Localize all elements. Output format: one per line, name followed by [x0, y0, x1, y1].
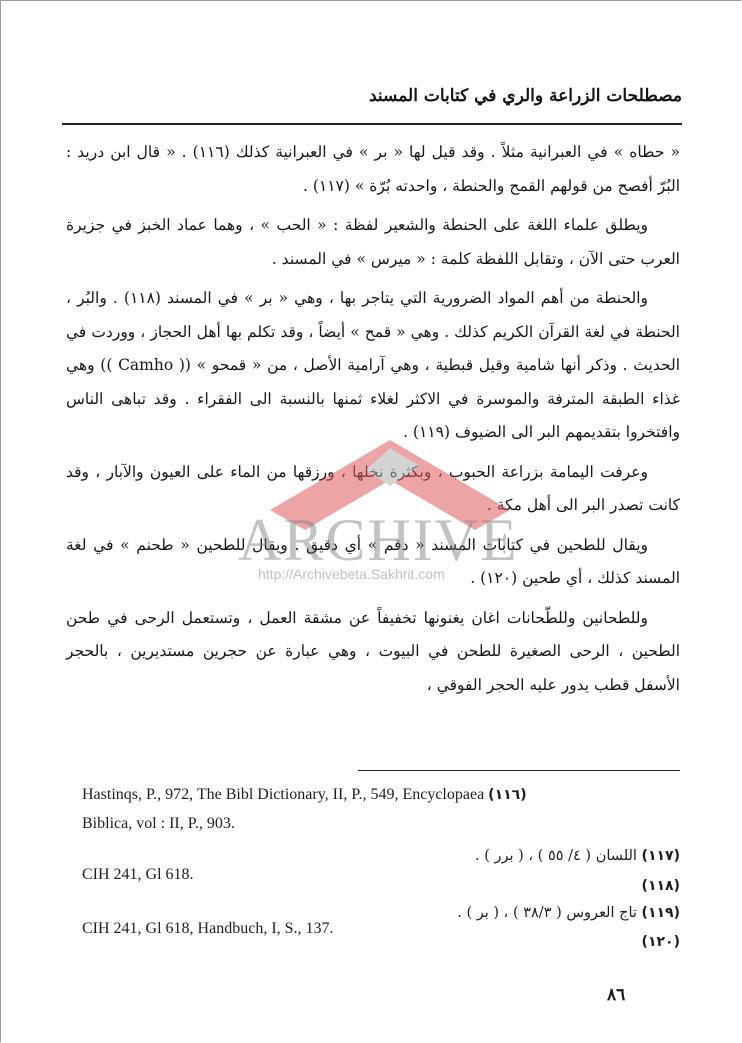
- paragraph: وعرفت اليمامة بزراعة الحبوب ، وبكثرة نخل…: [66, 456, 680, 523]
- running-head: مصطلحات الزراعة والري في كتابات المسند: [369, 86, 682, 106]
- footnote-rule: [358, 770, 680, 771]
- footnote-118-number: (١١٨): [642, 878, 680, 894]
- footnote-119: (١١٩) تاج العروس ( ٣٨/٣ ) ، ( بر ) .: [457, 905, 680, 921]
- page-number: ٨٦: [607, 985, 625, 1005]
- paragraph: « حطاه » في العبرانية مثلاً . وقد قيل له…: [66, 136, 680, 203]
- footnote-116-line1: Hastinqs, P., 972, The Bibl Dictionary, …: [82, 786, 527, 804]
- footnote-number: (١١٧): [642, 848, 680, 864]
- footnote-text: اللسان ( ٤/ ٥٥ ) ، ( برر ) .: [475, 848, 637, 864]
- header-rule: [62, 123, 682, 125]
- paragraph: وللطحانين وللطّحانات اغان يغنونها تخفيفا…: [66, 602, 680, 703]
- paragraph: ويقال للطحين في كتابات المسند « دقم » أي…: [66, 529, 680, 596]
- footnote-118-text: CIH 241, Gl 618.: [82, 866, 194, 884]
- footnote-text: تاج العروس ( ٣٨/٣ ) ، ( بر ) .: [457, 905, 637, 921]
- footnote-116-line2: Biblica, vol : II, P., 903.: [82, 815, 235, 833]
- paragraph: والحنطة من أهم المواد الضرورية التي يتاج…: [66, 282, 680, 450]
- footnote-117: (١١٧) اللسان ( ٤/ ٥٥ ) ، ( برر ) .: [475, 848, 680, 864]
- footnote-number: (١١٦): [488, 787, 526, 803]
- paragraph: ويطلق علماء اللغة على الحنطة والشعير لفظ…: [66, 209, 680, 276]
- body-text: « حطاه » في العبرانية مثلاً . وقد قيل له…: [66, 136, 680, 708]
- footnote-number: (١١٩): [642, 905, 680, 921]
- footnote-120-number: (١٢٠): [642, 934, 680, 950]
- footnote-text: Hastinqs, P., 972, The Bibl Dictionary, …: [82, 786, 484, 803]
- footnote-120-text: CIH 241, Gl 618, Handbuch, I, S., 137.: [82, 920, 334, 938]
